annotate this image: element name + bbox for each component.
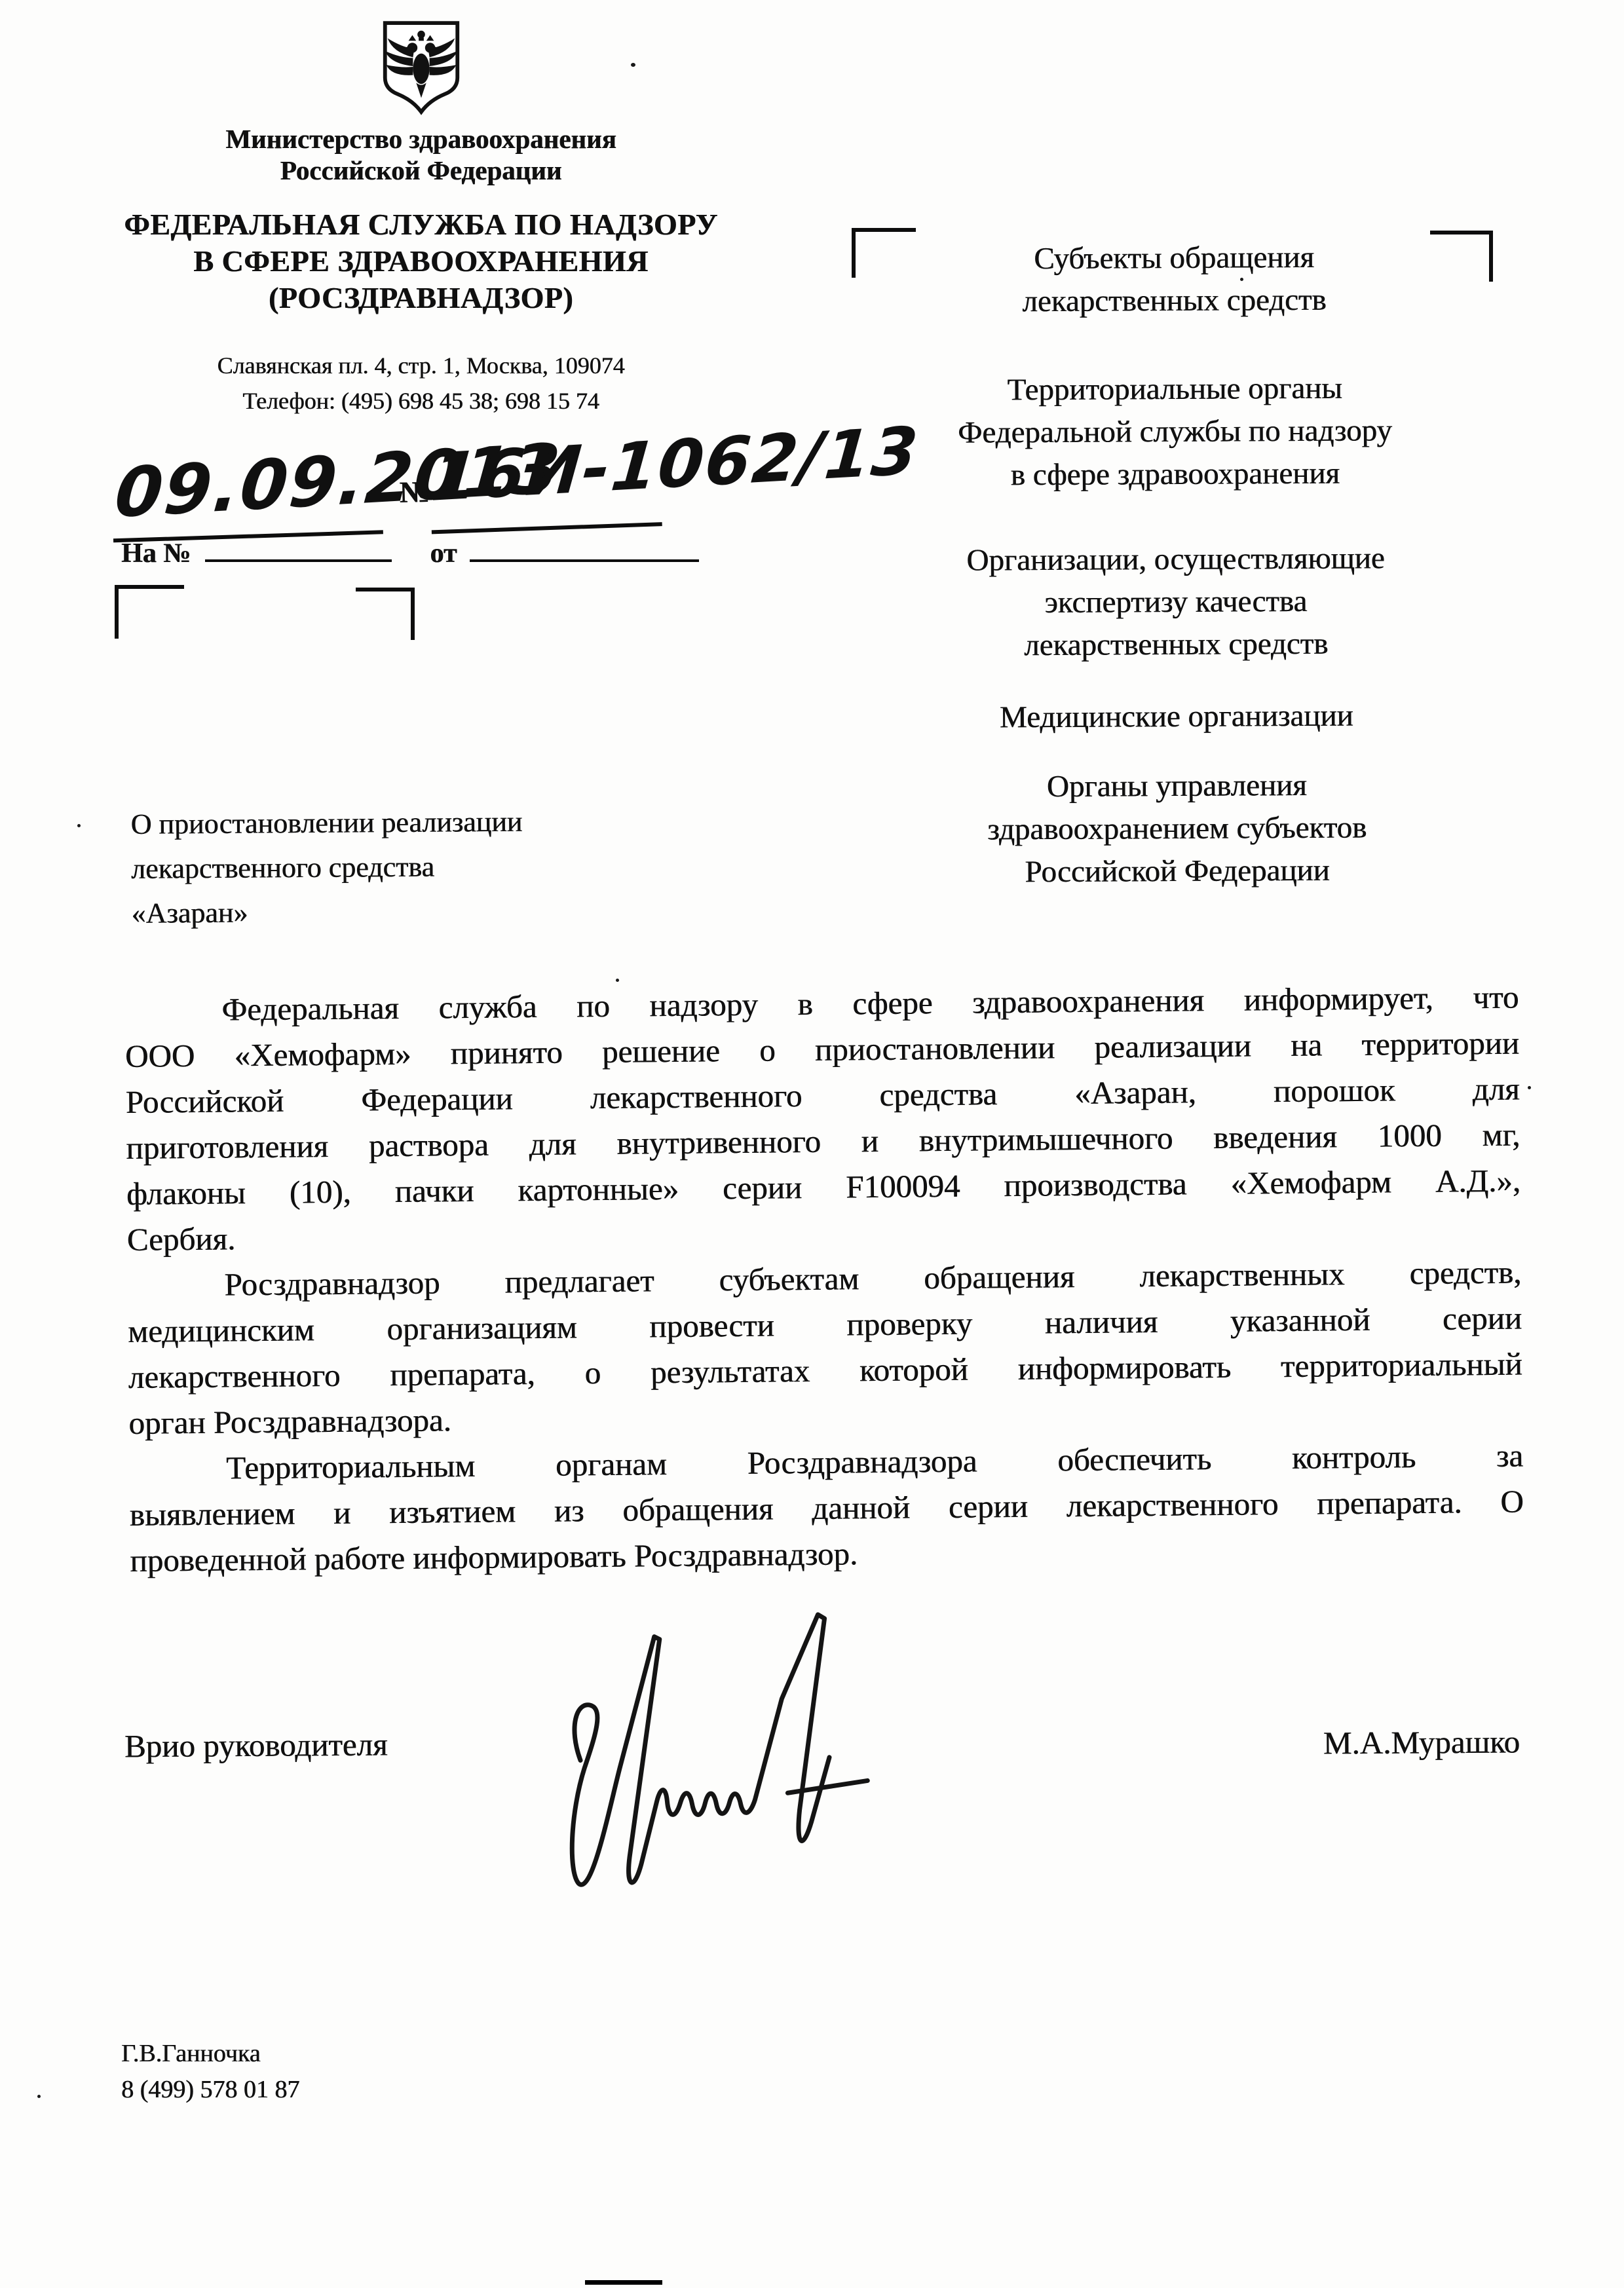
scan-speck xyxy=(37,2095,41,2098)
corner-mark-lower-right xyxy=(356,588,415,640)
ministry-line2: Российской Федерации xyxy=(59,155,783,187)
signature-row: Врио руководителя М.А.Мурашко xyxy=(0,1566,1624,1944)
letterhead-address: Славянская пл. 4, стр. 1, Москва, 109074 xyxy=(59,348,783,383)
service-line3: (РОСЗДРАВНАДЗОР) xyxy=(59,280,783,316)
scan-edge-artifact xyxy=(585,2280,662,2285)
signer-title: Врио руководителя xyxy=(124,1726,388,1765)
body-paragraph: Федеральная служба по надзору в сфере зд… xyxy=(124,975,1521,1263)
executor-contact: Г.В.Ганночка 8 (499) 578 01 87 xyxy=(121,2036,299,2108)
addressee-item: Органы управления здравоохранением субъе… xyxy=(836,763,1518,894)
addressee-list: Субъекты обращения лекарственных средств… xyxy=(832,0,1513,2)
number-underline xyxy=(432,522,662,534)
addressee-item: Медицинские организации xyxy=(836,694,1517,740)
scan-speck xyxy=(77,824,81,827)
incoming-reference-line: На №от xyxy=(121,534,699,569)
addressee-item: Организации, осуществляющие экспертизу к… xyxy=(835,536,1517,667)
coat-of-arms-icon xyxy=(380,18,463,120)
addressee-item: Субъекты обращения лекарственных средств xyxy=(833,235,1515,324)
service-line2: В СФЕРЕ ЗДРАВООХРАНЕНИЯ xyxy=(59,243,783,280)
body-paragraph: Росздравнадзор предлагает субъектам обра… xyxy=(127,1250,1523,1446)
corner-mark-lower-left xyxy=(115,585,184,639)
scan-speck xyxy=(523,296,527,300)
signer-name: М.А.Мурашко xyxy=(1173,1723,1520,1763)
scan-speck xyxy=(616,979,619,982)
service-line1: ФЕДЕРАЛЬНАЯ СЛУЖБА ПО НАДЗОРУ xyxy=(59,206,783,243)
letter-body: Федеральная служба по надзору в сфере зд… xyxy=(124,975,1524,1584)
ministry-line1: Министерство здравоохранения xyxy=(59,124,783,155)
letterhead: Министерство здравоохранения Российской … xyxy=(59,18,783,419)
scan-speck xyxy=(631,63,635,67)
incoming-date-blank xyxy=(470,534,699,562)
incoming-number-blank xyxy=(205,534,392,562)
letter-subject: О приостановлении реализации лекарственн… xyxy=(130,798,668,936)
number-sign: № xyxy=(399,474,430,510)
na-no-label: На № xyxy=(121,538,191,569)
addressee-item: Территориальные органы Федеральной служб… xyxy=(834,366,1516,497)
scanned-letter-page: Министерство здравоохранения Российской … xyxy=(0,0,1624,2288)
body-paragraph: Территориальным органам Росздравнадзора … xyxy=(129,1433,1524,1584)
executor-name: Г.В.Ганночка xyxy=(121,2036,299,2072)
scan-speck xyxy=(1240,278,1243,281)
letterhead-phone: Телефон: (495) 698 45 38; 698 15 74 xyxy=(59,383,783,419)
signature-icon xyxy=(556,1585,899,1918)
executor-phone: 8 (499) 578 01 87 xyxy=(121,2072,299,2108)
scan-speck xyxy=(1528,1086,1531,1089)
ot-label: от xyxy=(430,538,457,569)
